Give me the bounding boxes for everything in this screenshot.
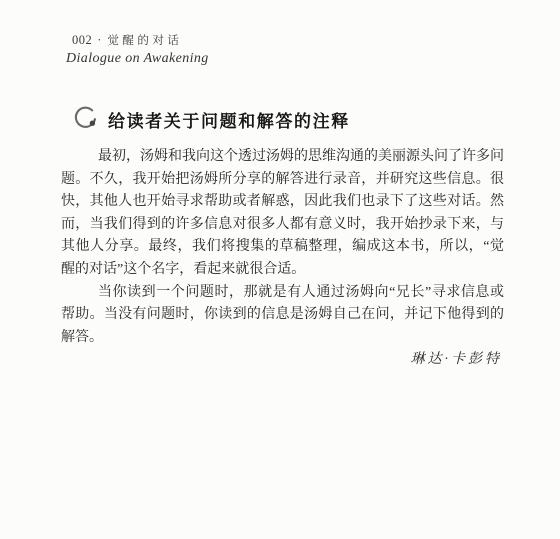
section-title: 给读者关于问题和解答的注释 (108, 107, 350, 132)
page-number: 002 (66, 33, 92, 47)
book-page: 002·觉醒的对话 Dialogue on Awakening 给读者关于问题和… (0, 0, 560, 539)
paragraph2-line-1: 当你读到一个问题时，那就是有人通过汤姆向“兄长”寻求信息或 (61, 282, 504, 305)
body-text-block: 最初，汤姆和我向这个透过汤姆的思维沟通的美丽源头问了许多问 题。不久，我开始把汤… (61, 146, 504, 372)
paragraph2-line-2: 帮助。当没有问题时，你读到的信息是汤姆自己在问，并记下他得到的 (61, 304, 504, 327)
header-separator-dot: · (97, 33, 102, 47)
book-title-chinese: 觉醒的对话 (107, 35, 182, 47)
running-header: 002·觉醒的对话 Dialogue on Awakening (66, 32, 209, 67)
header-line-chinese: 002·觉醒的对话 (66, 32, 209, 48)
enso-brush-circle-icon (72, 104, 100, 134)
paragraph1-line-4: 而，当我们得到的许多信息对很多人都有意义时，我开始抄录下来，与 (61, 214, 504, 237)
paragraph1-line-5: 其他人分享。最终，我们将搜集的草稿整理，编成这本书，所以，“觉 (61, 236, 504, 259)
book-title-english: Dialogue on Awakening (66, 51, 209, 67)
section-title-row: 给读者关于问题和解答的注释 (72, 104, 350, 134)
paragraph1-line-1: 最初，汤姆和我向这个透过汤姆的思维沟通的美丽源头问了许多问 (61, 146, 504, 169)
author-signature: 琳达·卡彭特 (61, 349, 504, 372)
paragraph1-line-6: 醒的对话”这个名字，看起来就很合适。 (61, 259, 504, 282)
paragraph1-line-2: 题。不久，我开始把汤姆所分享的解答进行录音，并研究这些信息。很 (61, 169, 504, 192)
paragraph2-line-3: 解答。 (61, 327, 504, 350)
paragraph1-line-3: 快，其他人也开始寻求帮助或者解惑，因此我们也录下了这些对话。然 (61, 191, 504, 214)
